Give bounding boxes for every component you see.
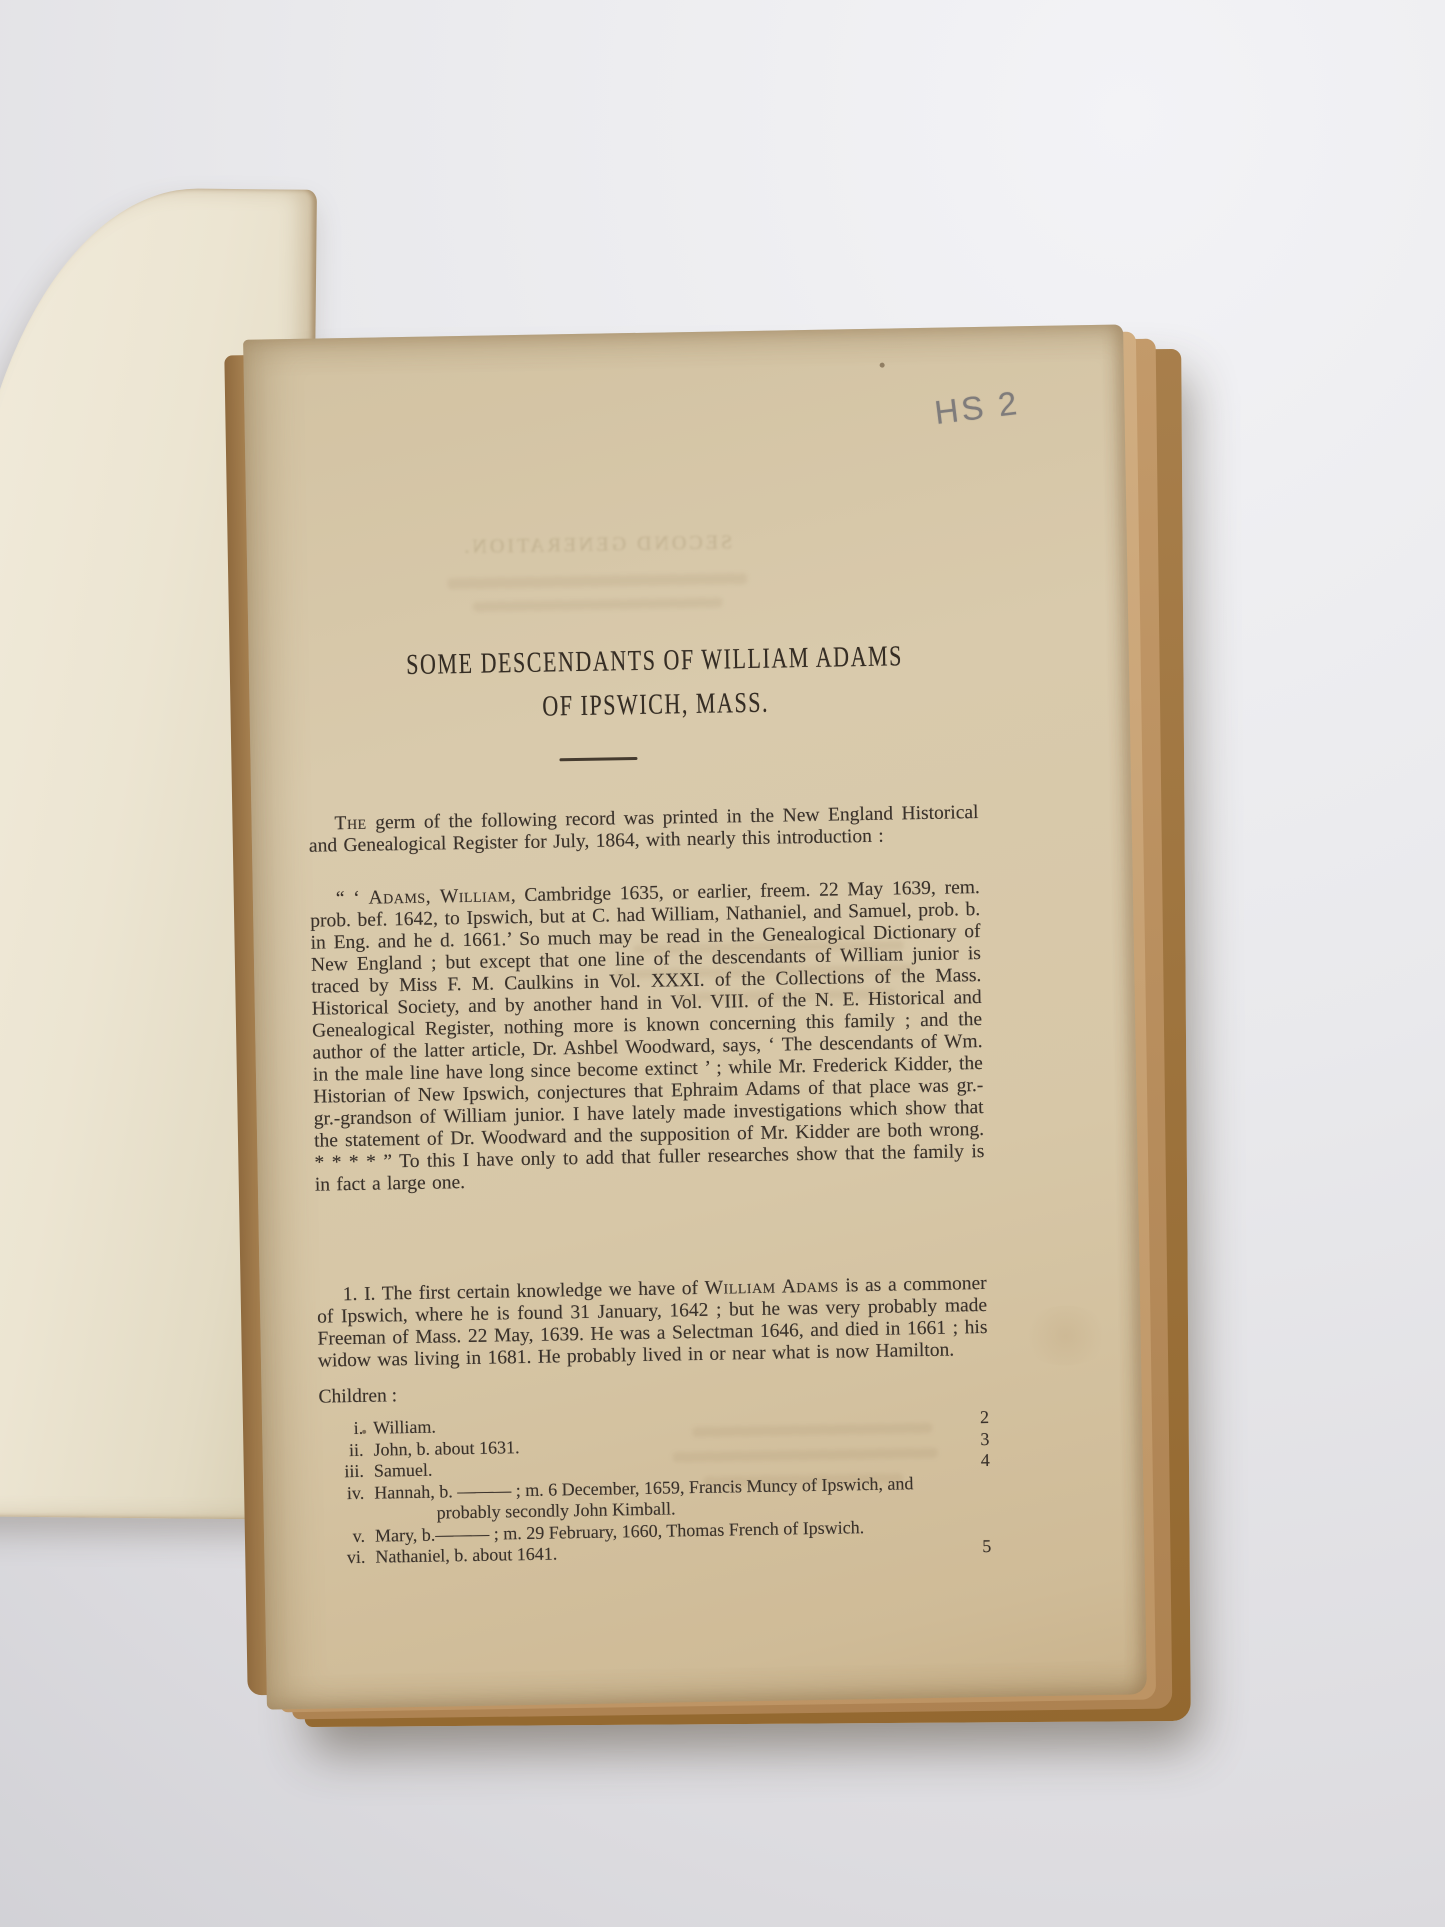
quote-open-marks: “ ‘ xyxy=(336,887,369,909)
child-numeral: vi. xyxy=(321,1547,365,1569)
child-reference-number: 3 xyxy=(963,1428,989,1450)
child-numeral: iv. xyxy=(320,1482,364,1504)
children-heading: Children : xyxy=(318,1385,397,1408)
book-page: HS 2 SECOND GENERATION. SOME DESCENDANTS… xyxy=(243,324,1147,1709)
bleedthrough-text: SECOND GENERATION. xyxy=(437,531,757,560)
pencil-annotation: HS 2 xyxy=(932,384,1021,432)
article-title: SOME DESCENDANTS OF WILLIAM ADAMS OF IPS… xyxy=(320,639,991,728)
child-numeral: v. xyxy=(321,1525,365,1547)
title-line-1-text: SOME DESCENDANTS OF WILLIAM ADAMS xyxy=(406,640,903,682)
bleedthrough-smudge xyxy=(473,597,723,611)
child-numeral: i. xyxy=(319,1418,363,1440)
child-reference-number: 5 xyxy=(965,1536,991,1558)
intro-lead-word: The xyxy=(334,812,366,834)
title-line-2-text: OF IPSWICH, MASS. xyxy=(542,687,769,724)
book-photograph: HS 2 SECOND GENERATION. SOME DESCENDANTS… xyxy=(0,0,1445,1927)
title-line-1: SOME DESCENDANTS OF WILLIAM ADAMS xyxy=(320,639,990,684)
child-numeral: ii. xyxy=(319,1439,363,1461)
intro-body-text: germ of the following record was printed… xyxy=(309,802,979,857)
title-line-2: OF IPSWICH, MASS. xyxy=(320,683,990,728)
age-stain xyxy=(1020,1305,1111,1367)
child-reference-number: 2 xyxy=(963,1407,989,1429)
children-list: i. William. 2 ii. John, b. about 1631. 3… xyxy=(319,1407,992,1569)
entry-1-paragraph: 1. I. The first certain knowledge we hav… xyxy=(317,1272,988,1372)
entry-1-subject-name: William Adams xyxy=(704,1275,838,1298)
quoted-paragraph: “ ‘ Adams, William, Cambridge 1635, or e… xyxy=(310,877,985,1197)
bleedthrough-smudge xyxy=(447,573,747,589)
age-spot xyxy=(880,363,885,368)
quote-body-text: , Cambridge 1635, or earlier, freem. 22 … xyxy=(310,877,984,1196)
quote-subject-name: Adams, William xyxy=(368,885,511,908)
title-divider-rule xyxy=(559,757,637,761)
child-numeral: iii. xyxy=(320,1461,364,1483)
child-reference-number: 4 xyxy=(964,1450,990,1472)
intro-paragraph: The germ of the following record was pri… xyxy=(308,802,979,858)
page-text-column: SOME DESCENDANTS OF WILLIAM ADAMS OF IPS… xyxy=(300,327,970,339)
